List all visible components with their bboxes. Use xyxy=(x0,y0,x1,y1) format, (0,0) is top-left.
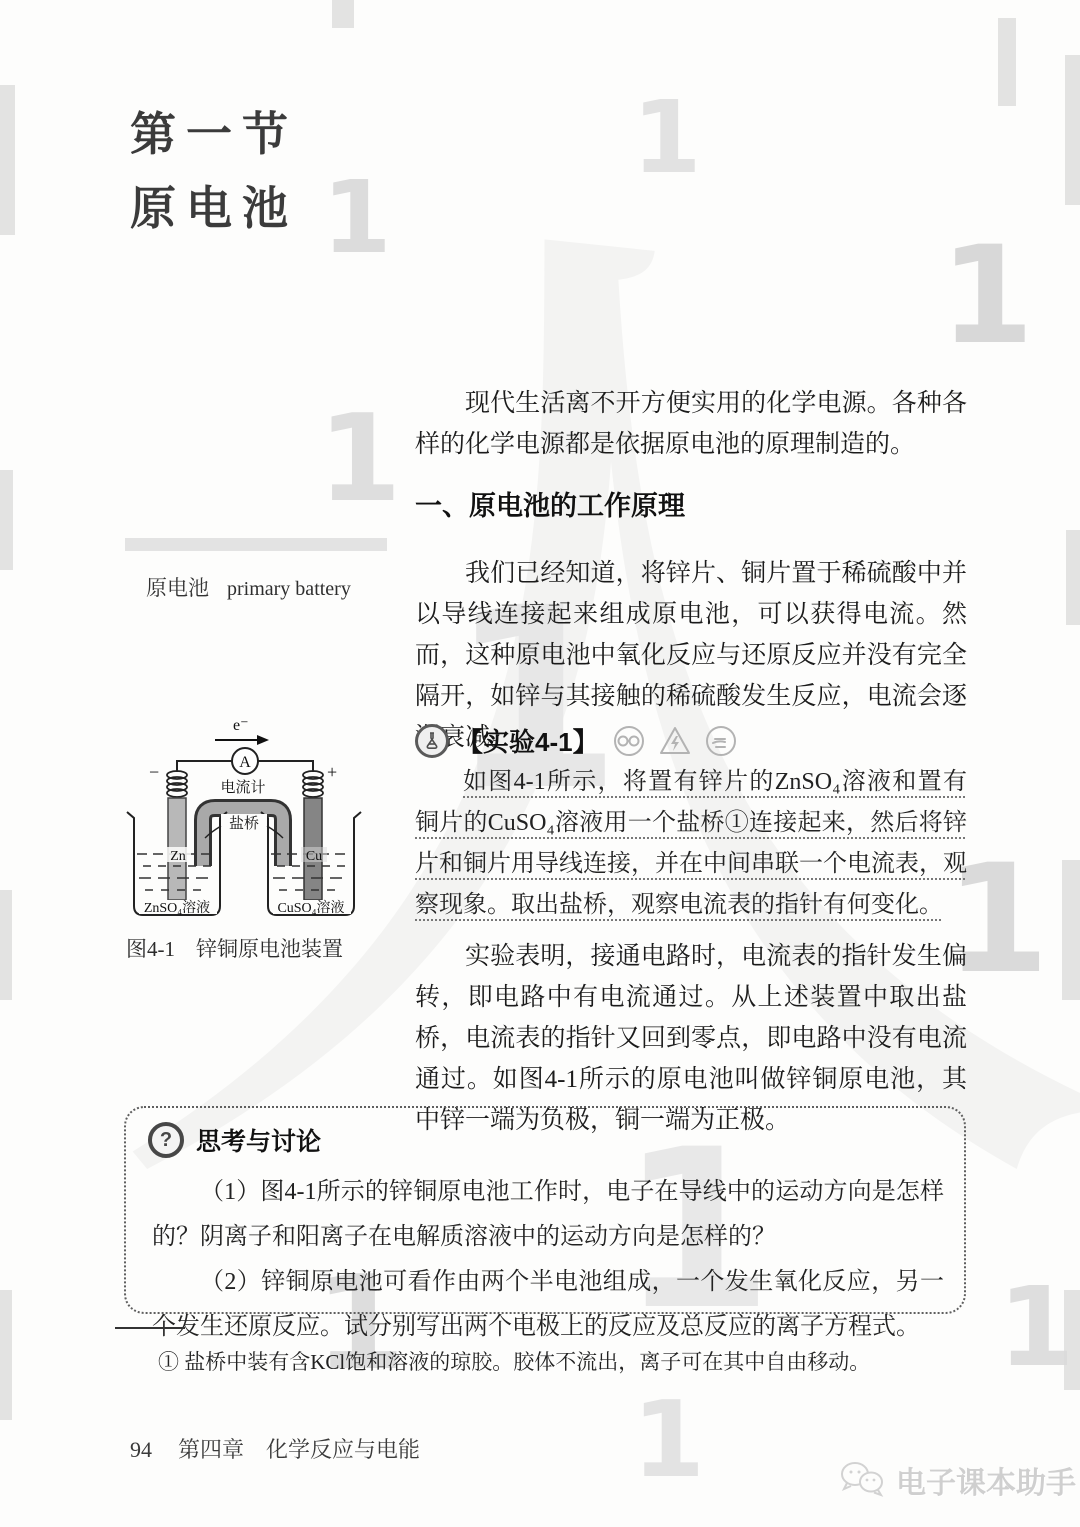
goggles-icon xyxy=(611,723,647,759)
page-number: 94 xyxy=(130,1437,152,1462)
zinc-label: Zn xyxy=(170,849,186,864)
positive-terminal-label: + xyxy=(327,762,337,782)
section-title: 原电池 xyxy=(130,172,298,238)
chat-bubbles-icon xyxy=(838,1460,886,1500)
hand-protect-icon xyxy=(703,723,739,759)
ammeter-label: 电流计 xyxy=(220,778,265,796)
watermark-digit: 1 xyxy=(632,88,702,188)
footnote: ① 盐桥中装有含KCl饱和溶液的琼胶。胶体不流出，离子可在其中自由移动。 xyxy=(158,1346,918,1376)
discussion-question-1: （1）图4-1所示的锌铜原电池工作时，电子在导线中的运动方向是怎样的？阴离子和阳… xyxy=(152,1170,944,1260)
watermark-digit: 1 xyxy=(318,400,402,520)
figure-4-1: e⁻ A 电流计 − + xyxy=(113,714,391,937)
left-solution-label: ZnSO₄溶液 xyxy=(144,899,210,916)
right-coil xyxy=(303,771,323,797)
chapter-title: 化学反应与电能 xyxy=(266,1437,420,1462)
brand-watermark: 电子课本助手 xyxy=(838,1458,1076,1502)
experiment-header: 【实验4-1】 xyxy=(415,722,739,759)
figure-caption: 图4-1 锌铜原电池装置 xyxy=(126,933,343,963)
heading-working-principle: 一、原电池的工作原理 xyxy=(415,484,685,523)
scan-artifact-bar xyxy=(0,470,13,570)
flask-icon xyxy=(415,724,449,758)
scan-artifact-bar xyxy=(998,18,1016,106)
think-discuss-title: 思考与讨论 xyxy=(196,1122,321,1158)
electron-label: e⁻ xyxy=(233,717,249,734)
watermark-digit: 1 xyxy=(632,1388,705,1493)
page-footer: 94第四章化学反应与电能 xyxy=(130,1433,420,1464)
think-discuss-header: ? 思考与讨论 xyxy=(148,1122,321,1158)
ammeter-symbol: A xyxy=(239,754,251,771)
think-discuss-box: ? 思考与讨论 （1）图4-1所示的锌铜原电池工作时，电子在导线中的运动方向是怎… xyxy=(124,1106,966,1314)
watermark-digit: 1 xyxy=(998,1272,1075,1382)
scan-artifact-bar xyxy=(0,85,15,235)
left-coil xyxy=(167,771,187,797)
scan-artifact-bar xyxy=(1062,860,1080,1000)
margin-glossary: 原电池primary battery xyxy=(146,572,351,602)
scan-artifact-bar xyxy=(0,1290,12,1420)
experiment-procedure: 如图4-1所示，将置有锌片的ZnSO₄溶液和置有铜片的CuSO₄溶液用一个盐桥①… xyxy=(415,762,967,926)
watermark-digit: 1 xyxy=(322,168,392,268)
salt-bridge-label: 盐桥 xyxy=(229,814,259,832)
safety-icons xyxy=(611,723,739,759)
textbook-page: 人 1 1 1 1 1 1 1 1 1 1 第一节 原电池 现代生活离不开方便实… xyxy=(0,0,1080,1527)
scan-artifact-bar xyxy=(1065,55,1080,205)
paragraph-intro: 现代生活离不开方便实用的化学电源。各种各样的化学电源都是依据原电池的原理制造的。 xyxy=(415,383,967,465)
scan-artifact-bar xyxy=(1066,530,1080,625)
watermark-digit: 1 xyxy=(940,228,1034,363)
scan-artifact-bar xyxy=(0,890,12,1000)
experiment-title: 【实验4-1】 xyxy=(457,722,599,759)
margin-decor-strip xyxy=(125,538,387,551)
question-icon: ? xyxy=(148,1122,184,1158)
footnote-divider xyxy=(115,1327,185,1329)
electrical-hazard-icon xyxy=(657,723,693,759)
discussion-question-2: （2）锌铜原电池可看作由两个半电池组成，一个发生氧化反应，另一个发生还原反应。试… xyxy=(152,1260,944,1350)
scan-artifact-bar xyxy=(332,0,354,28)
brand-text: 电子课本助手 xyxy=(896,1458,1076,1502)
chapter-number: 第四章 xyxy=(178,1437,244,1462)
glossary-term-cn: 原电池 xyxy=(146,576,209,600)
copper-label: Cu xyxy=(306,849,322,864)
right-solution-label: CuSO₄溶液 xyxy=(277,899,344,916)
electron-arrow xyxy=(257,735,269,745)
section-number: 第一节 xyxy=(130,98,298,164)
scan-artifact-bar xyxy=(1064,1290,1080,1390)
glossary-term-en: primary battery xyxy=(227,578,351,600)
negative-terminal-label: − xyxy=(149,762,159,782)
